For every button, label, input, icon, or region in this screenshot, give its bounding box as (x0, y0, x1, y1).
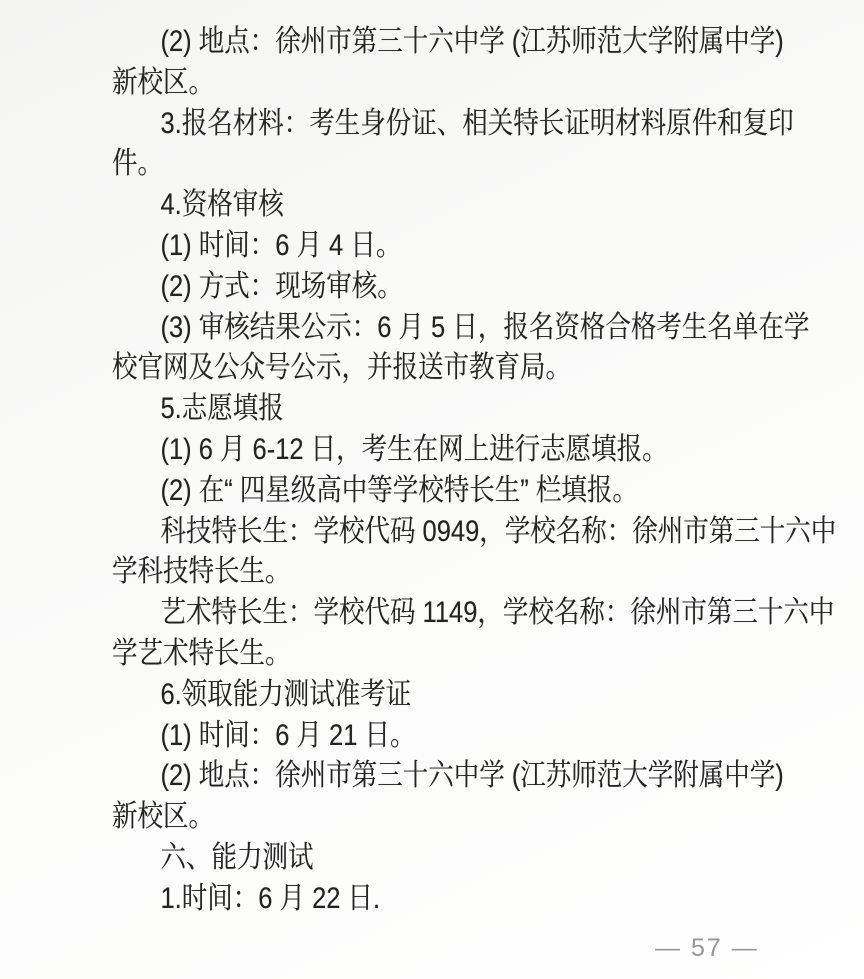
text-line: 科技特长生：学校代码 0949，学校名称：徐州市第三十六中 (112, 512, 860, 553)
text-line: 学艺术特长生。 (112, 634, 860, 675)
text-line: 件。 (112, 144, 860, 185)
text-line: 学科技特长生。 (112, 552, 860, 593)
text-line: (2) 在“ 四星级高中等学校特长生” 栏填报。 (112, 471, 860, 512)
scanned-document-page: (2) 地点：徐州市第三十六中学 (江苏师范大学附属中学)新校区。3.报名材料：… (0, 0, 864, 979)
text-line: 3.报名材料：考生身份证、相关特长证明材料原件和复印 (112, 104, 860, 145)
text-line: (3) 审核结果公示：6 月 5 日，报名资格合格考生名单在学 (112, 308, 860, 349)
text-line: 艺术特长生：学校代码 1149，学校名称：徐州市第三十六中 (112, 593, 860, 634)
text-line: 6.领取能力测试准考证 (112, 675, 860, 716)
text-line: 六、能力测试 (112, 838, 860, 879)
text-line: (2) 方式：现场审核。 (112, 267, 860, 308)
text-line: 校官网及公众号公示，并报送市教育局。 (112, 348, 860, 389)
page-number: — 57 — (655, 933, 775, 963)
text-line: 新校区。 (112, 63, 860, 104)
text-line: 1.时间：6 月 22 日. (112, 879, 860, 920)
text-line: (1) 6 月 6-12 日，考生在网上进行志愿填报。 (112, 430, 860, 471)
text-line: 5.志愿填报 (112, 389, 860, 430)
text-line: (1) 时间：6 月 4 日。 (112, 226, 860, 267)
text-line: (1) 时间：6 月 21 日。 (112, 716, 860, 757)
text-line: (2) 地点：徐州市第三十六中学 (江苏师范大学附属中学) (112, 756, 860, 797)
text-line: 4.资格审核 (112, 185, 860, 226)
text-line: 新校区。 (112, 797, 860, 838)
text-line: (2) 地点：徐州市第三十六中学 (江苏师范大学附属中学) (112, 22, 860, 63)
document-body: (2) 地点：徐州市第三十六中学 (江苏师范大学附属中学)新校区。3.报名材料：… (112, 22, 860, 920)
